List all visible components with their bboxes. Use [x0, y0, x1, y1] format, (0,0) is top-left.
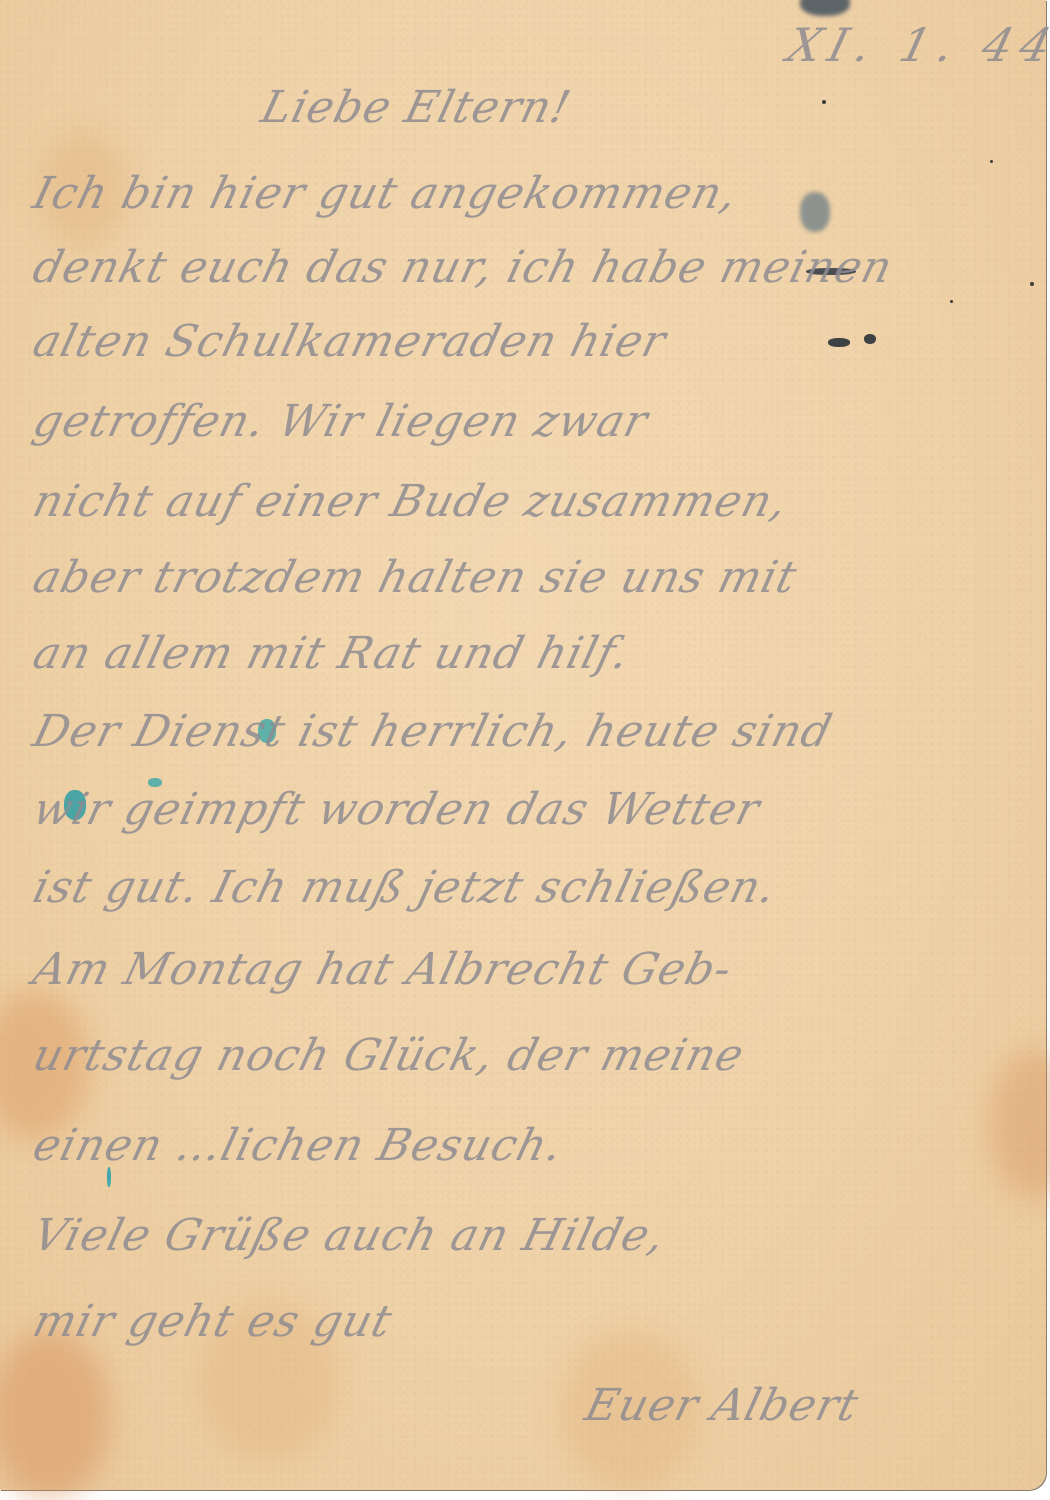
letter-salutation: Liebe Eltern!: [256, 82, 576, 133]
speck: [822, 100, 826, 104]
speck: [950, 300, 953, 303]
letter-line: denkt euch das nur, ich habe meinen: [28, 242, 898, 293]
letter-line: alten Schulkameraden hier: [28, 316, 672, 367]
letter-line: getroffen. Wir liegen zwar: [28, 396, 653, 447]
letter-line: Ich bin hier gut angekommen,: [28, 168, 743, 219]
ink-blot: [800, 192, 830, 232]
letter-date: XI. 1. 44: [782, 18, 1050, 72]
postcard-paper: XI. 1. 44 Liebe Eltern! Ich bin hier gut…: [0, 0, 1046, 1490]
letter-line: mir geht es gut: [28, 1296, 398, 1347]
letter-signature: Euer Albert: [580, 1380, 864, 1431]
letter-line: an allem mit Rat und hilf.: [28, 628, 635, 679]
speck: [990, 160, 993, 163]
letter-line: nicht auf einer Bude zusammen,: [28, 476, 793, 527]
letter-line: Viele Grüße auch an Hilde,: [28, 1210, 671, 1261]
letter-line: urtstag noch Glück, der meine: [28, 1030, 749, 1081]
letter-line: einen …lichen Besuch.: [28, 1120, 568, 1171]
ink-mark: [828, 338, 850, 347]
letter-line: ist gut. Ich muß jetzt schließen.: [28, 862, 782, 913]
letter-line: aber trotzdem halten sie uns mit: [28, 552, 802, 603]
letter-line: Der Dienst ist herrlich, heute sind: [28, 706, 837, 757]
letter-line: wir geimpft worden das Wetter: [28, 784, 765, 835]
ink-mark: [864, 334, 876, 344]
letter-line: Am Montag hat Albrecht Geb-: [28, 944, 737, 995]
speck: [1030, 282, 1034, 286]
